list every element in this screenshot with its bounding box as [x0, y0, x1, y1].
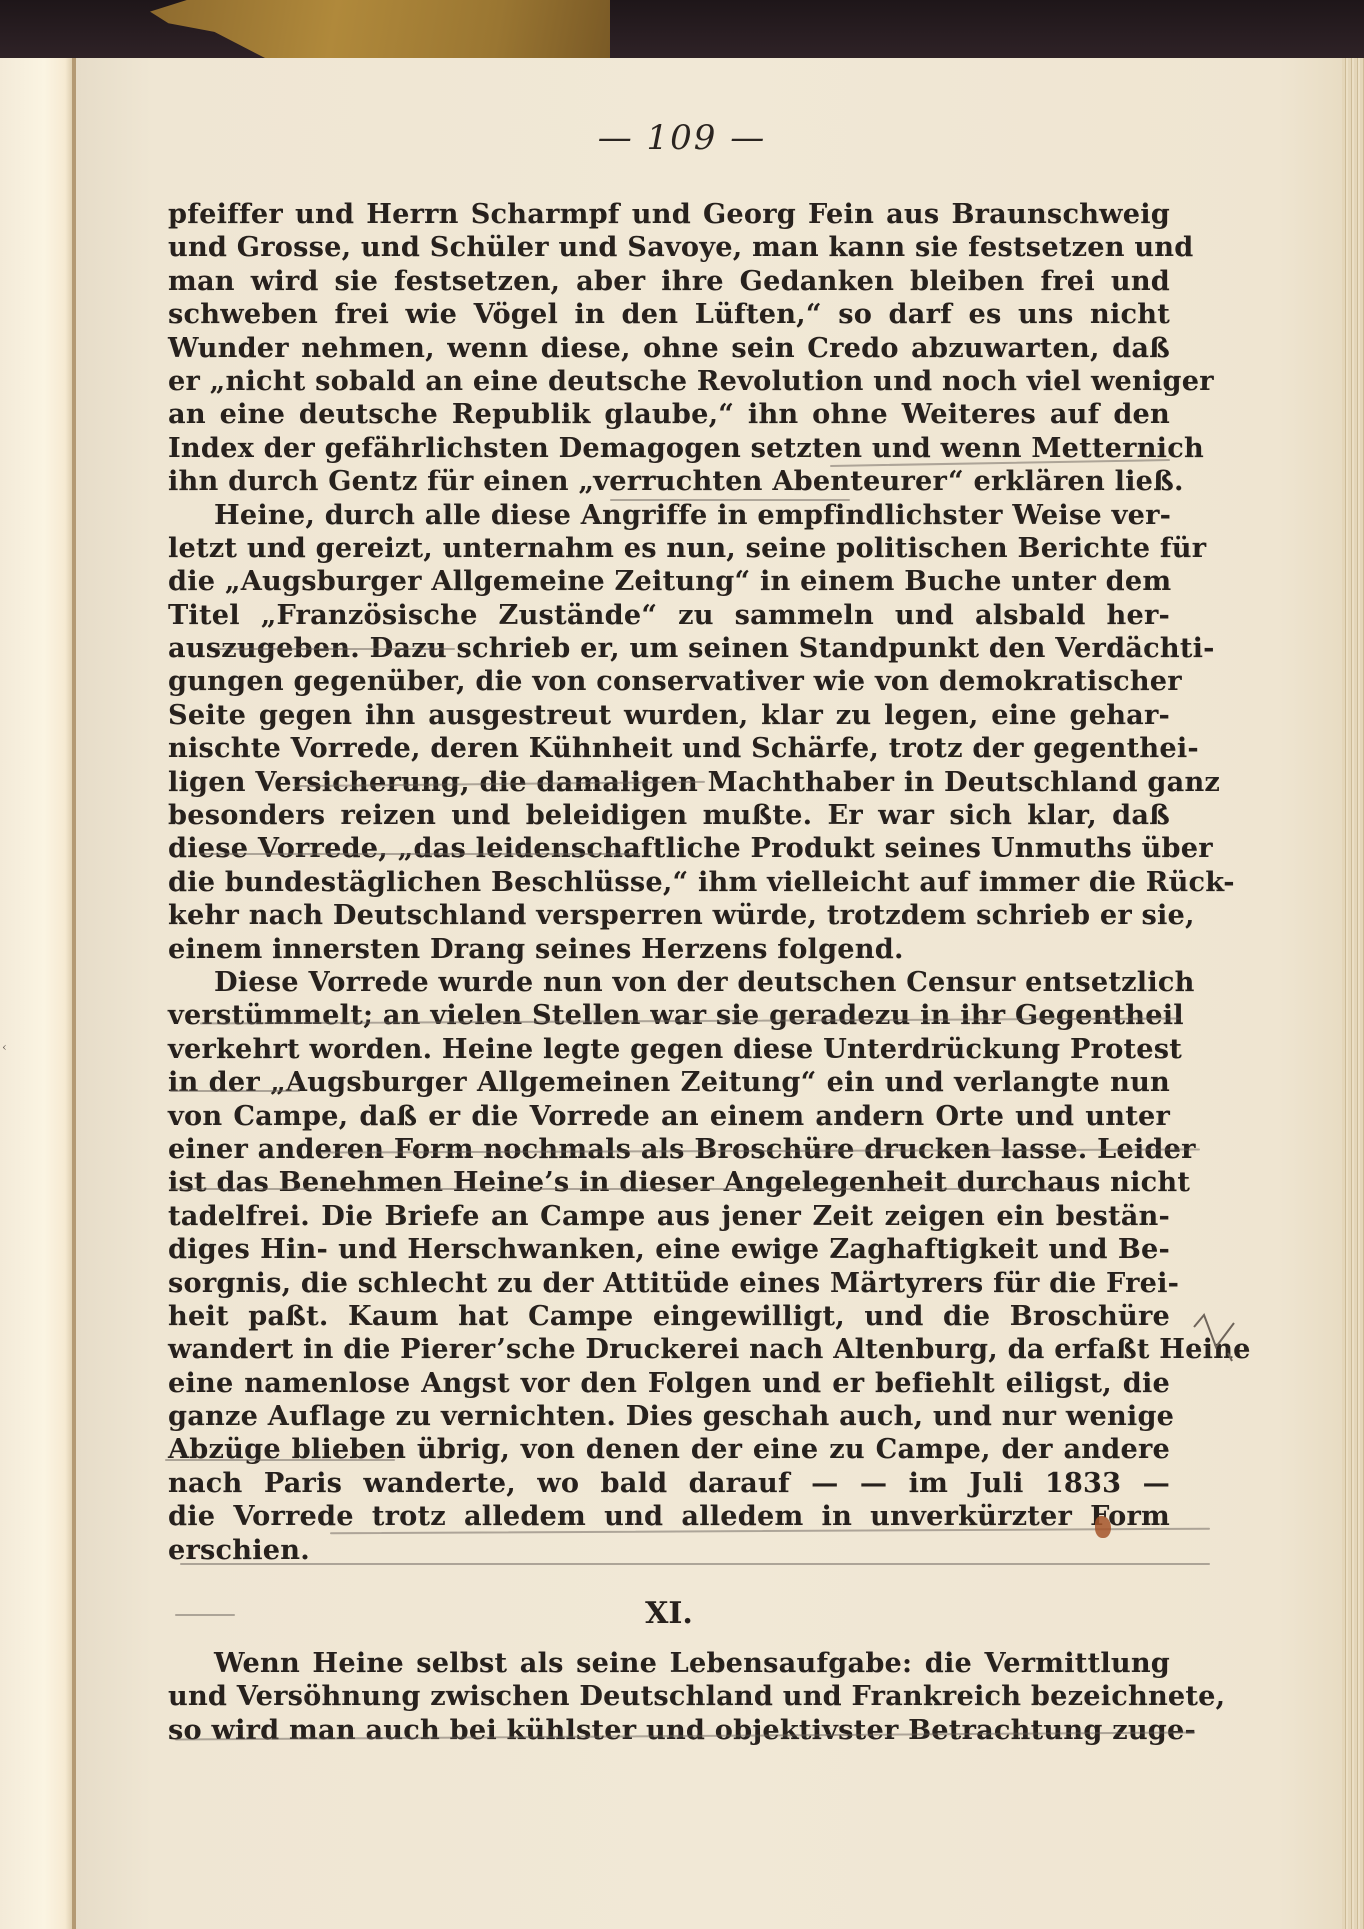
pencil-underline [215, 648, 455, 650]
pencil-underline [200, 853, 640, 855]
paragraph: Heine, durch alle diese Angriffe in empf… [168, 499, 1170, 966]
text-line: Seite gegen ihn ausgestreut wurden, klar… [168, 699, 1170, 732]
paragraph: Diese Vorrede wurde nun von der deutsche… [168, 966, 1170, 1567]
pencil-underline [610, 499, 850, 501]
pencil-underline [165, 1459, 395, 1461]
text-line: letzt und gereizt, unternahm es nun, sei… [168, 532, 1170, 565]
text-line: Abzüge blieben übrig, von denen der eine… [168, 1433, 1170, 1466]
text-line: die „Augsburger Allgemeine Zeitung“ in e… [168, 565, 1170, 598]
left-page-edge [0, 58, 74, 1929]
margin-tick-mark: ‹ [2, 1040, 12, 1050]
text-line: Diese Vorrede wurde nun von der deutsche… [168, 966, 1170, 999]
text-line: nach Paris wanderte, wo bald darauf — — … [168, 1467, 1170, 1500]
text-line: Wenn Heine selbst als seine Lebensaufgab… [168, 1647, 1170, 1680]
text-line: und Grosse, und Schüler und Savoye, man … [168, 231, 1170, 264]
text-line: wandert in die Pierer’sche Druckerei nac… [168, 1333, 1170, 1366]
text-line: diges Hin- und Herschwanken, eine ewige … [168, 1233, 1170, 1266]
text-line: so wird man auch bei kühlster und objekt… [168, 1714, 1170, 1747]
text-line: pfeiffer und Herrn Scharmpf und Georg Fe… [168, 198, 1170, 231]
paragraph: pfeiffer und Herrn Scharmpf und Georg Fe… [168, 198, 1170, 499]
text-line: heit paßt. Kaum hat Campe eingewilligt, … [168, 1300, 1170, 1333]
text-line: in der „Augsburger Allgemeinen Zeitung“ … [168, 1066, 1170, 1099]
text-line: Heine, durch alle diese Angriffe in empf… [168, 499, 1170, 532]
text-line: kehr nach Deutschland versperren würde, … [168, 899, 1170, 932]
section-heading: XI. [168, 1581, 1170, 1647]
text-line: an eine deutsche Republik glaube,“ ihn o… [168, 398, 1170, 431]
text-line: man wird sie festsetzen, aber ihre Gedan… [168, 265, 1170, 298]
text-line: er „nicht sobald an eine deutsche Revolu… [168, 365, 1170, 398]
text-line: und Versöhnung zwischen Deutschland und … [168, 1680, 1170, 1713]
text-line: gungen gegenüber, die von conservativer … [168, 665, 1170, 698]
pencil-underline [175, 1614, 235, 1616]
text-line: ihn durch Gentz für einen „verruchten Ab… [168, 465, 1170, 498]
pencil-underline [170, 1090, 300, 1092]
text-line: schweben frei wie Vögel in den Lüften,“ … [168, 298, 1170, 331]
text-line: Titel „Französische Zustände“ zu sammeln… [168, 599, 1170, 632]
text-line: die bundestäglichen Beschlüsse,“ ihm vie… [168, 866, 1170, 899]
text-line: einem innersten Drang seines Herzens fol… [168, 933, 1170, 966]
text-line: sorgnis, die schlecht zu der Attitüde ei… [168, 1267, 1170, 1300]
text-line: nischte Vorrede, deren Kühnheit und Schä… [168, 732, 1170, 765]
body-text: pfeiffer und Herrn Scharmpf und Georg Fe… [168, 198, 1170, 1747]
page-stack-edges [1342, 58, 1364, 1929]
text-line: besonders reizen und beleidigen mußte. E… [168, 799, 1170, 832]
pencil-underline [170, 1188, 1070, 1190]
text-line: Wunder nehmen, wenn diese, ohne sein Cre… [168, 332, 1170, 365]
text-line: von Campe, daß er die Vorrede an einem a… [168, 1100, 1170, 1133]
text-line: verkehrt worden. Heine legte gegen diese… [168, 1033, 1170, 1066]
text-line: tadelfrei. Die Briefe an Campe aus jener… [168, 1200, 1170, 1233]
page-number: — 109 — [0, 118, 1364, 158]
text-line: Index der gefährlichsten Demagogen setzt… [168, 432, 1170, 465]
text-line: ganze Auflage zu vernichten. Dies gescha… [168, 1400, 1170, 1433]
pencil-underline [180, 1563, 1210, 1565]
text-line: ist das Benehmen Heine’s in dieser Angel… [168, 1166, 1170, 1199]
text-line: verstümmelt; an vielen Stellen war sie g… [168, 999, 1170, 1032]
stain-mark [1095, 1516, 1111, 1538]
text-line: eine namenlose Angst vor den Folgen und … [168, 1367, 1170, 1400]
text-line: erschien. [168, 1534, 1170, 1567]
pencil-checkmark-icon [1190, 1305, 1250, 1365]
text-line: diese Vorrede, „das leidenschaftliche Pr… [168, 832, 1170, 865]
